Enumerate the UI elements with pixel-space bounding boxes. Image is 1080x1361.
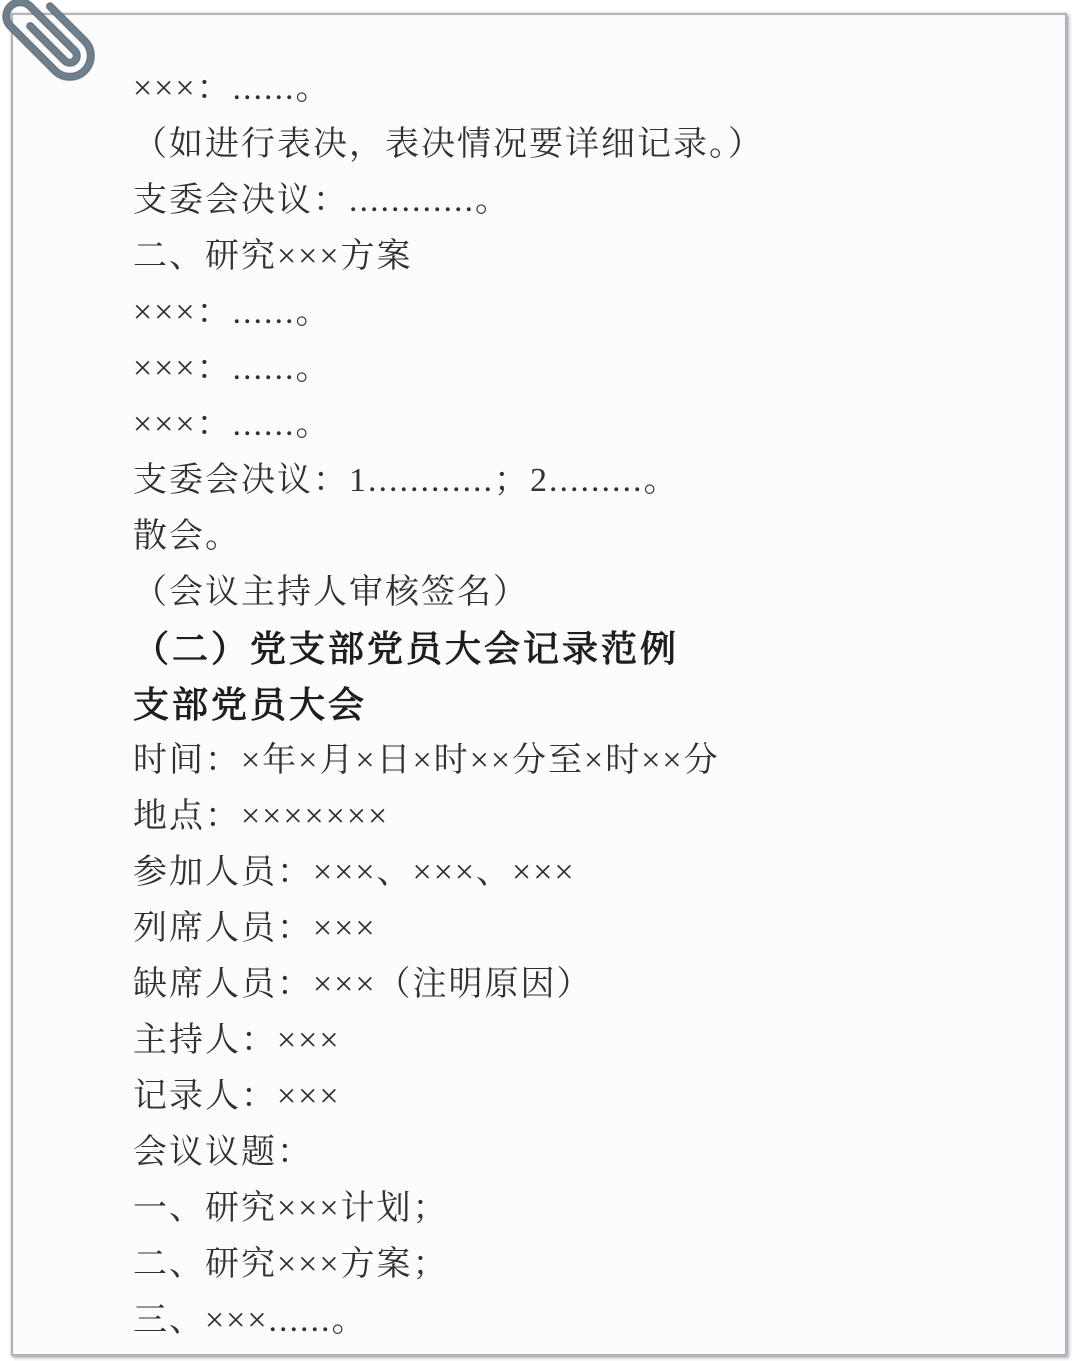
document-line: 二、研究×××方案；: [133, 1237, 1029, 1293]
document-line: 支委会决议：1............；2.........。: [133, 453, 1029, 509]
document-line: 地点：×××××××: [133, 789, 1029, 845]
document-line: 散会。: [133, 509, 1029, 565]
document-subheading: 支部党员大会: [133, 677, 1029, 733]
screenshot-canvas: ×××：......。 （如进行表决，表决情况要详细记录。） 支委会决议：...…: [0, 0, 1080, 1361]
document-line: 二、研究×××方案: [133, 229, 1029, 285]
document-line: 列席人员：×××: [133, 901, 1029, 957]
document-line: 缺席人员：×××（注明原因）: [133, 957, 1029, 1013]
document-line: ×××：......。: [133, 61, 1029, 117]
document-line: 时间：×年×月×日×时××分至×时××分: [133, 733, 1029, 789]
document-line: 参加人员：×××、×××、×××: [133, 845, 1029, 901]
document-line: 支委会决议：............。: [133, 173, 1029, 229]
document-content: ×××：......。 （如进行表决，表决情况要详细记录。） 支委会决议：...…: [13, 15, 1065, 1349]
document-page: ×××：......。 （如进行表决，表决情况要详细记录。） 支委会决议：...…: [11, 13, 1067, 1356]
document-line: 一、研究×××计划；: [133, 1181, 1029, 1237]
document-line: 主持人：×××: [133, 1013, 1029, 1069]
document-line: ×××：......。: [133, 285, 1029, 341]
document-line: 三、×××......。: [133, 1293, 1029, 1349]
document-line: ×××：......。: [133, 341, 1029, 397]
document-line: ×××：......。: [133, 397, 1029, 453]
document-line: 会议议题：: [133, 1125, 1029, 1181]
document-line: （会议主持人审核签名）: [133, 565, 1029, 621]
document-section-heading: （二）党支部党员大会记录范例: [133, 621, 1029, 677]
document-line: （如进行表决，表决情况要详细记录。）: [133, 117, 1029, 173]
document-line: 记录人：×××: [133, 1069, 1029, 1125]
